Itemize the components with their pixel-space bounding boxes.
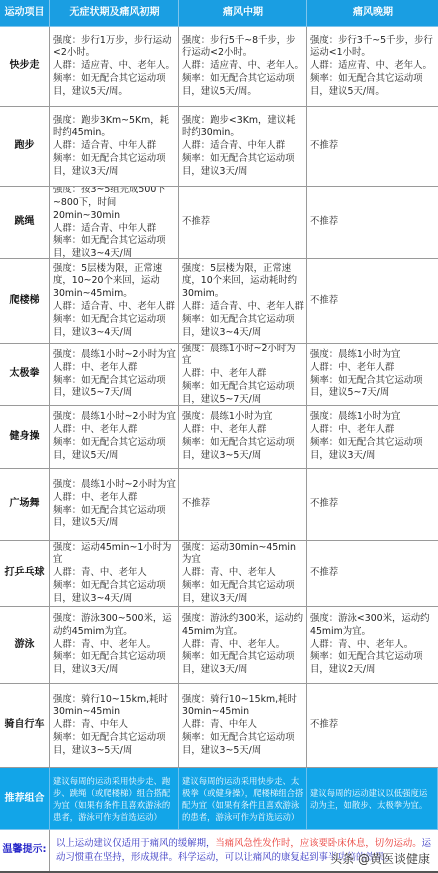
header-middle-stage: 痛风中期 xyxy=(179,0,307,26)
gout-exercise-table: 运动项目 无症状期及痛风初期 痛风中期 痛风晚期 快步走 强度：步行1万步，步行… xyxy=(0,0,438,873)
late-stage-cell: 强度：步行3千~5千步，步行运动<1小时。 人群：适应青、中、老年人。 频率：如… xyxy=(307,27,438,106)
late-stage-cell: 不推荐 xyxy=(307,469,438,540)
late-stage-cell: 不推荐 xyxy=(307,541,438,606)
early-stage-cell: 强度：晨练1小时~2小时为宜 人群：中、老年人群 频率：如无配合其它运动项目，建… xyxy=(50,406,179,468)
early-stage-cell: 强度：晨练1小时~2小时为宜 人群：中、老年人群 频率：如无配合其它运动项目，建… xyxy=(50,344,179,405)
middle-stage-cell: 强度：跑步<3Km，建议耗时约30min。 人群：适合青、中年人群 频率：如无配… xyxy=(179,107,307,186)
middle-stage-cell: 强度：运动30min~45min为宜 人群：青、中、老年人 频率：如无配合其它运… xyxy=(179,541,307,606)
tip-text-warning: 当痛风急性发作时，应该要卧床休息，切勿运动。 xyxy=(215,838,421,849)
table-row-cycling: 骑自行车 强度：骑行10~15km,耗时30min~45min 人群：青、中年人… xyxy=(0,684,438,768)
table-row-table-tennis: 打乒乓球 强度：运动45min~1小时为宜 人群：青、中、老年人 频率：如无配合… xyxy=(0,541,438,607)
exercise-name: 骑自行车 xyxy=(0,684,50,767)
middle-stage-cell: 强度：5层楼为限，正常速度，10个来回，运动耗时约30mim。 人群：适合青、中… xyxy=(179,259,307,343)
early-stage-cell: 强度：晨练1小时~2小时为宜 人群：中、老年人群 频率：如无配合其它运动项目，建… xyxy=(50,469,179,540)
early-stage-cell: 强度：游泳300~500米，运动约45mim为宜。 人群：青、中、老年人。 频率… xyxy=(50,607,179,683)
recommend-late-cell: 建议每周的运动建议以低强度运动为主，如散步、太极拳为宜。 xyxy=(307,768,438,829)
table-row-swimming: 游泳 强度：游泳300~500米，运动约45mim为宜。 人群：青、中、老年人。… xyxy=(0,607,438,684)
exercise-name: 健身操 xyxy=(0,406,50,468)
exercise-name: 游泳 xyxy=(0,607,50,683)
middle-stage-cell: 强度：游泳约300米，运动约45mim为宜。 人群：青、中、老年人。 频率：如无… xyxy=(179,607,307,683)
exercise-name: 广场舞 xyxy=(0,469,50,540)
recommend-middle-cell: 建议每周的运动采用快步走、太极拳（或健身操），爬楼梯组合搭配为宜（如果有条件且喜… xyxy=(179,768,307,829)
middle-stage-cell: 不推荐 xyxy=(179,469,307,540)
early-stage-cell: 强度：运动45min~1小时为宜 人群：青、中、老年人 频率：如无配合其它运动项… xyxy=(50,541,179,606)
middle-stage-cell: 不推荐 xyxy=(179,187,307,258)
header-exercise: 运动项目 xyxy=(0,0,50,26)
late-stage-cell: 不推荐 xyxy=(307,187,438,258)
middle-stage-cell: 强度：骑行10~15km,耗时30min~45min 人群：青、中年人 频率：如… xyxy=(179,684,307,767)
exercise-name: 爬楼梯 xyxy=(0,259,50,343)
table-row-jump-rope: 跳绳 强度：按3~5组完成500下~800下，时间20min~30min 人群：… xyxy=(0,187,438,259)
early-stage-cell: 强度：5层楼为限，正常速度，10~20个来回，运动30min~45mim。 人群… xyxy=(50,259,179,343)
late-stage-cell: 强度：晨练1小时为宜 人群：中、老年人群 频率：如无配合其它运动项目，建议5~7… xyxy=(307,344,438,405)
middle-stage-cell: 强度：晨练1小时为宜 人群：中、老年人群 频率：如无配合其它运动项目，建议3~5… xyxy=(179,406,307,468)
exercise-name: 打乒乓球 xyxy=(0,541,50,606)
tip-label: 温馨提示: xyxy=(0,830,50,871)
recommend-early-cell: 建议每周的运动采用快步走、跑步、跳绳（或爬楼梯）组合搭配为宜（如果有条件且喜欢游… xyxy=(50,768,179,829)
middle-stage-cell: 强度：步行5千~8千步，步行运动<2小时。 人群：适应青、中、老年人。 频率：如… xyxy=(179,27,307,106)
table-row-stair-climbing: 爬楼梯 强度：5层楼为限，正常速度，10~20个来回，运动30min~45mim… xyxy=(0,259,438,344)
early-stage-cell: 强度：跑步3Km~5Km，耗时约45min。 人群：适合青、中年人群 频率：如无… xyxy=(50,107,179,186)
exercise-name: 太极拳 xyxy=(0,344,50,405)
late-stage-cell: 强度：游泳<300米，运动约45mim为宜。 人群：青、中、老年人。 频率：如无… xyxy=(307,607,438,683)
early-stage-cell: 强度：按3~5组完成500下~800下，时间20min~30min 人群：适合青… xyxy=(50,187,179,258)
table-header: 运动项目 无症状期及痛风初期 痛风中期 痛风晚期 xyxy=(0,0,438,27)
table-row-brisk-walk: 快步走 强度：步行1万步，步行运动<2小时。 人群：适应青、中、老年人。 频率：… xyxy=(0,27,438,107)
table-row-running: 跑步 强度：跑步3Km~5Km，耗时约45min。 人群：适合青、中年人群 频率… xyxy=(0,107,438,187)
table-row-recommended-combo: 推荐组合 建议每周的运动采用快步走、跑步、跳绳（或爬楼梯）组合搭配为宜（如果有条… xyxy=(0,768,438,830)
tip-text-part1: 以上运动建议仅适用于痛风的缓解期， xyxy=(56,838,215,849)
watermark: 头条 @黄医谈健康 xyxy=(330,850,430,867)
late-stage-cell: 不推荐 xyxy=(307,107,438,186)
table-row-tai-chi: 太极拳 强度：晨练1小时~2小时为宜 人群：中、老年人群 频率：如无配合其它运动… xyxy=(0,344,438,406)
late-stage-cell: 不推荐 xyxy=(307,684,438,767)
table-row-square-dance: 广场舞 强度：晨练1小时~2小时为宜 人群：中、老年人群 频率：如无配合其它运动… xyxy=(0,469,438,541)
header-late-stage: 痛风晚期 xyxy=(307,0,438,26)
early-stage-cell: 强度：步行1万步，步行运动<2小时。 人群：适应青、中、老年人。 频率：如无配合… xyxy=(50,27,179,106)
exercise-name: 跑步 xyxy=(0,107,50,186)
late-stage-cell: 强度：晨练1小时为宜 人群：中、老年人群 频率：如无配合其它运动项目，建议3天/… xyxy=(307,406,438,468)
exercise-name: 跳绳 xyxy=(0,187,50,258)
exercise-name: 快步走 xyxy=(0,27,50,106)
middle-stage-cell: 强度：晨练1小时~2小时为宜 人群：中、老年人群 频率：如无配合其它运动项目，建… xyxy=(179,344,307,405)
early-stage-cell: 强度：骑行10~15km,耗时30min~45min 人群：青、中年人 频率：如… xyxy=(50,684,179,767)
table-row-aerobics: 健身操 强度：晨练1小时~2小时为宜 人群：中、老年人群 频率：如无配合其它运动… xyxy=(0,406,438,469)
header-early-stage: 无症状期及痛风初期 xyxy=(50,0,179,26)
recommend-label: 推荐组合 xyxy=(0,768,50,829)
late-stage-cell: 不推荐 xyxy=(307,259,438,343)
